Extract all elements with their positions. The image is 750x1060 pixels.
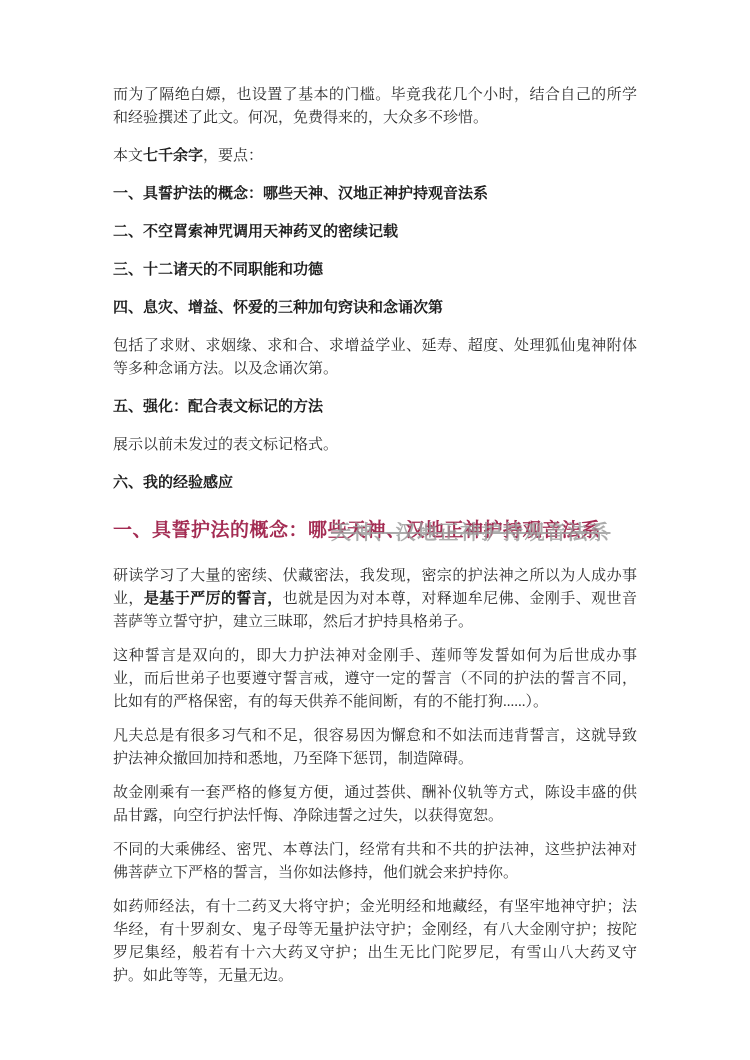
paragraph-2: 这种誓言是双向的，即大力护法神对金刚手、莲师等发誓如何为后世成办事业，而后世弟子… [113,645,637,714]
toc-item-5: 五、强化：配合表文标记的方法 [113,396,637,419]
toc-item-6: 六、我的经验感应 [113,472,637,495]
paragraph-1: 研读学习了大量的密续、伏藏密法，我发现，密宗的护法神之所以为人成办事业，是基于严… [113,565,637,634]
document-page: 而为了隔绝白嫖，也设置了基本的门槛。毕竟我花几个小时，结合自己的所学和经验撰述了… [0,0,750,1060]
section-heading-text: 一、具誓护法的概念：哪些天神、汉地正神护持观音法系 [113,520,601,541]
paragraph-3: 凡夫总是有很多习气和不足，很容易因为懈怠和不如法而违背誓言，这就导致护法神众撤回… [113,725,637,771]
paragraph-1-bold: 是基于严厉的誓言， [144,591,283,607]
word-count-bold: 七千余字 [143,148,203,164]
toc-item-3: 三、十二诸天的不同职能和功德 [113,259,637,282]
paragraph-4: 故金刚乘有一套严格的修复方便，通过荟供、酬补仪轨等方式，陈设丰盛的供品甘露，向空… [113,782,637,828]
toc-note-4: 包括了求财、求姻缘、求和合、求增益学业、延寿、超度、处理狐仙鬼神附体等多种念诵方… [113,335,637,381]
toc-item-1: 一、具誓护法的概念：哪些天神、汉地正神护持观音法系 [113,183,637,206]
section-heading: 一、具誓护法的概念：哪些天神、汉地正神护持观音法系天神、汉地正神护持观音法系 [113,517,637,545]
word-count-pre: 本文 [113,148,143,164]
word-count-post: ，要点： [203,148,263,164]
word-count-line: 本文七千余字，要点： [113,145,637,168]
document-content: 而为了隔绝白嫖，也设置了基本的门槛。毕竟我花几个小时，结合自己的所学和经验撰述了… [113,84,637,988]
intro-paragraph: 而为了隔绝白嫖，也设置了基本的门槛。毕竟我花几个小时，结合自己的所学和经验撰述了… [113,84,637,130]
toc-note-5: 展示以前未发过的表文标记格式。 [113,434,637,457]
paragraph-5: 不同的大乘佛经、密咒、本尊法门，经常有共和不共的护法神，这些护法神对佛菩萨立下严… [113,839,637,885]
toc-item-4: 四、息灾、增益、怀爱的三种加句窍诀和念诵次第 [113,297,637,320]
toc-item-2: 二、不空罥索神咒调用天神药叉的密续记载 [113,221,637,244]
paragraph-6: 如药师经法，有十二药叉大将守护；金光明经和地藏经，有坚牢地神守护；法华经，有十罗… [113,896,637,988]
